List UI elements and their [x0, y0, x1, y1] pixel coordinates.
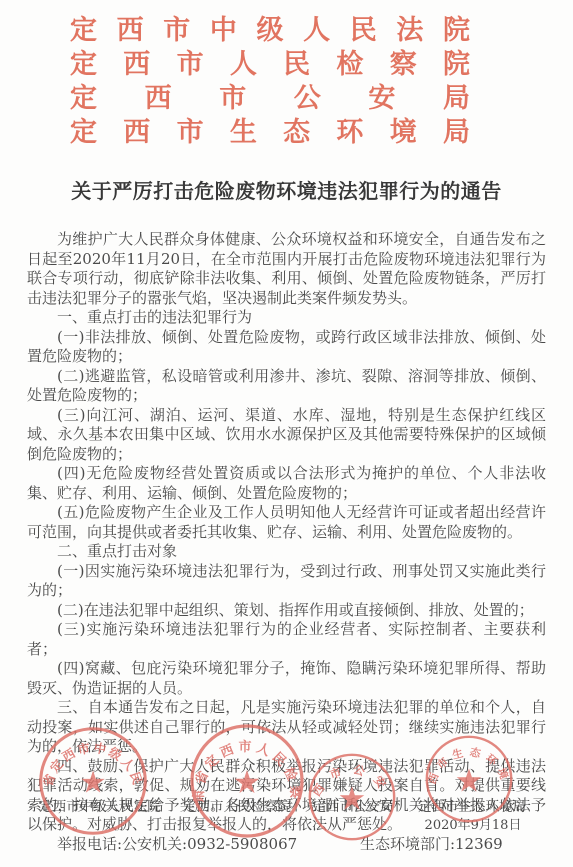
- star-icon: ★: [455, 761, 484, 799]
- masthead-line-procuratorate: 定西市人民检察院: [70, 48, 470, 82]
- section-1-item-3: (三)向江河、湖泊、运河、渠道、水库、湿地，特别是生态保护红线区域、永久基本农田…: [27, 406, 546, 465]
- paragraph-intro: 为维护广大人民群众身体健康、公众环境权益和环境安全，自通告发布之日起至2020年…: [27, 230, 546, 308]
- masthead-line-public-security: 定西市公安局: [70, 82, 470, 116]
- official-seal-court-icon: 甘肃省定西市中级人民法院 ★: [36, 724, 150, 838]
- section-1-item-1: (一)非法排放、倾倒、处置危险废物，或跨行政区域非法排放、倾倒、处置危险废物的；: [27, 328, 546, 367]
- section-2-item-4: (四)窝藏、包庇污染环境犯罪分子，掩饰、隐瞒污染环境犯罪所得、帮助毁灭、伪造证据…: [27, 659, 546, 698]
- official-seal-ecology-environment-icon: 定西市生态环境局 ★: [423, 733, 515, 825]
- section-1-item-4: (四)无危险废物经营处置资质或以合法形式为掩护的单位、个人非法收集、贮存、利用、…: [27, 464, 546, 503]
- section-2-item-2: (二)在违法犯罪中起组织、策划、指挥作用或直接倾倒、排放、处置的；: [27, 601, 546, 621]
- star-icon: ★: [338, 779, 367, 817]
- section-2-heading: 二、重点打击对象: [27, 542, 546, 562]
- section-2-item-3: (三)实施污染环境违法犯罪行为的企业经营者、实际控制者、主要获利者；: [27, 620, 546, 659]
- notice-document: 定西市中级人民法院 定西市人民检察院 定西市公安局 定西市生态环境局 关于严厉打…: [0, 0, 573, 867]
- masthead-line-ecology-environment: 定西市生态环境局: [70, 116, 470, 150]
- star-icon: ★: [79, 765, 106, 800]
- official-seal-procuratorate-icon: 甘肃省定西市人民检察院 ★: [187, 721, 307, 841]
- section-2-item-1: (一)因实施污染环境违法犯罪行为，受到过行政、刑事处罚又实施此类行为的；: [27, 562, 546, 601]
- official-seal-public-security-icon: 定西市公安局 ★: [306, 751, 398, 843]
- section-1-item-5: (五)危险废物产生企业及工作人员明知他人无经营许可证或者超出经营许可范围，向其提…: [27, 503, 546, 542]
- masthead-line-court: 定西市中级人民法院: [70, 14, 470, 48]
- section-1-item-2: (二)逃避监管，私设暗管或利用渗井、渗坑、裂隙、溶洞等排放、倾倒、处置危险废物的…: [27, 367, 546, 406]
- star-icon: ★: [233, 763, 262, 801]
- section-1-heading: 一、重点打击的违法犯罪行为: [27, 308, 546, 328]
- masthead: 定西市中级人民法院 定西市人民检察院 定西市公安局 定西市生态环境局: [70, 0, 470, 150]
- notice-title: 关于严厉打击危险废物环境违法犯罪行为的通告: [0, 176, 573, 206]
